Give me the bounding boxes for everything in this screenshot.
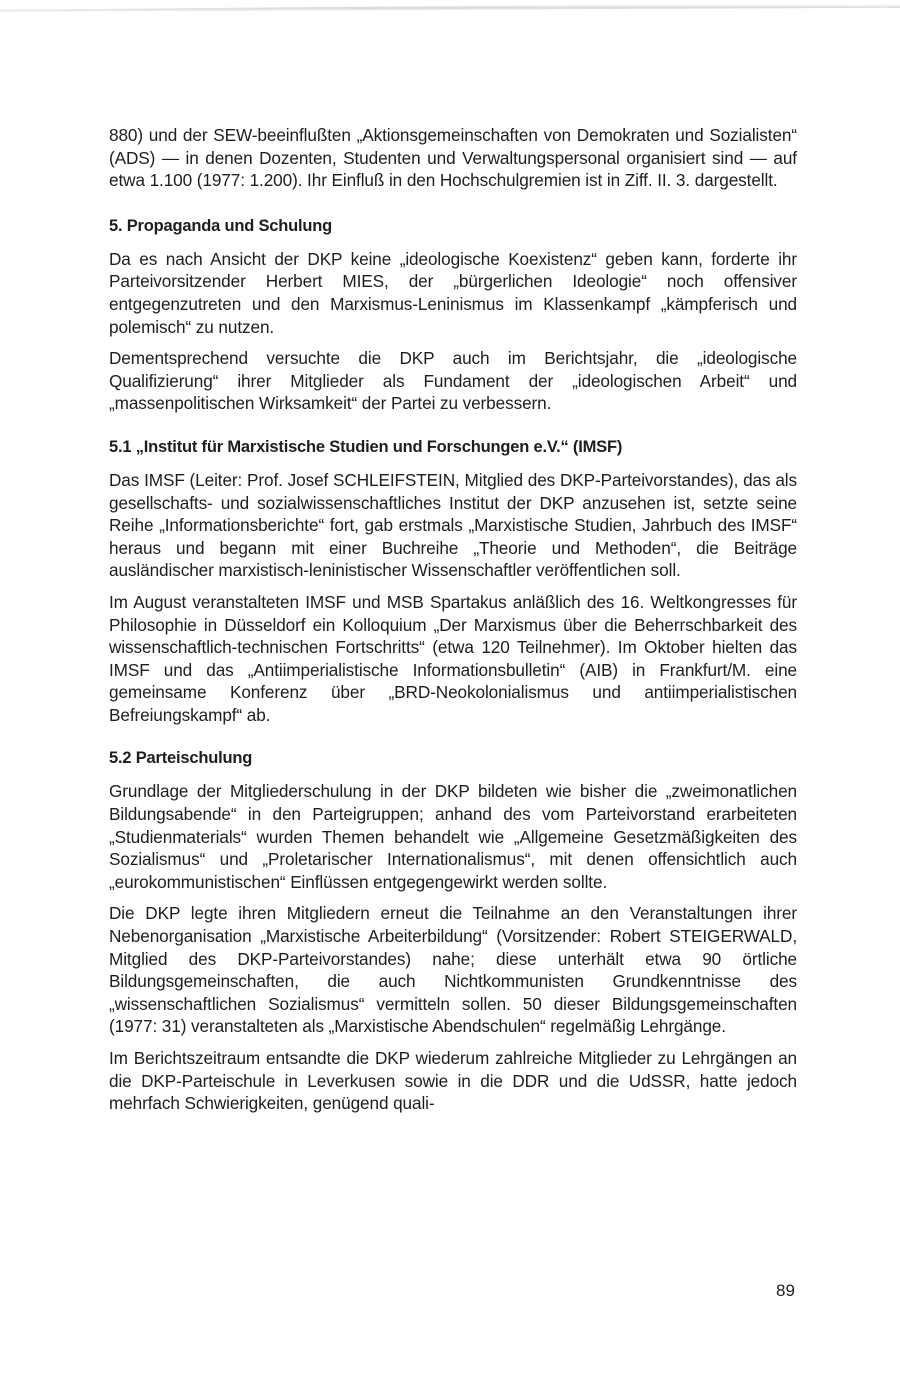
scan-edge-shadow — [0, 0, 900, 14]
paragraph: Im Berichtszeitraum entsandte die DKP wi… — [109, 1047, 797, 1115]
section-heading-5-1: 5.1 „Institut für Marxistische Studien u… — [109, 436, 797, 458]
document-page: 880) und der SEW-beeinflußten „Aktionsge… — [109, 124, 797, 1115]
paragraph: Das IMSF (Leiter: Prof. Josef SCHLEIFSTE… — [109, 469, 797, 582]
section-heading-5: 5. Propaganda und Schulung — [109, 215, 797, 237]
paragraph: Die DKP legte ihren Mitgliedern erneut d… — [109, 902, 797, 1038]
paragraph: Dementsprechend versuchte die DKP auch i… — [109, 347, 797, 415]
paragraph: Da es nach Ansicht der DKP keine „ideolo… — [109, 248, 797, 338]
section-heading-5-2: 5.2 Parteischulung — [109, 747, 797, 769]
intro-paragraph: 880) und der SEW-beeinflußten „Aktionsge… — [109, 124, 797, 192]
paragraph: Im August veranstalteten IMSF und MSB Sp… — [109, 591, 797, 727]
paragraph: Grundlage der Mitgliederschulung in der … — [109, 780, 797, 893]
page-number: 89 — [776, 1280, 795, 1302]
